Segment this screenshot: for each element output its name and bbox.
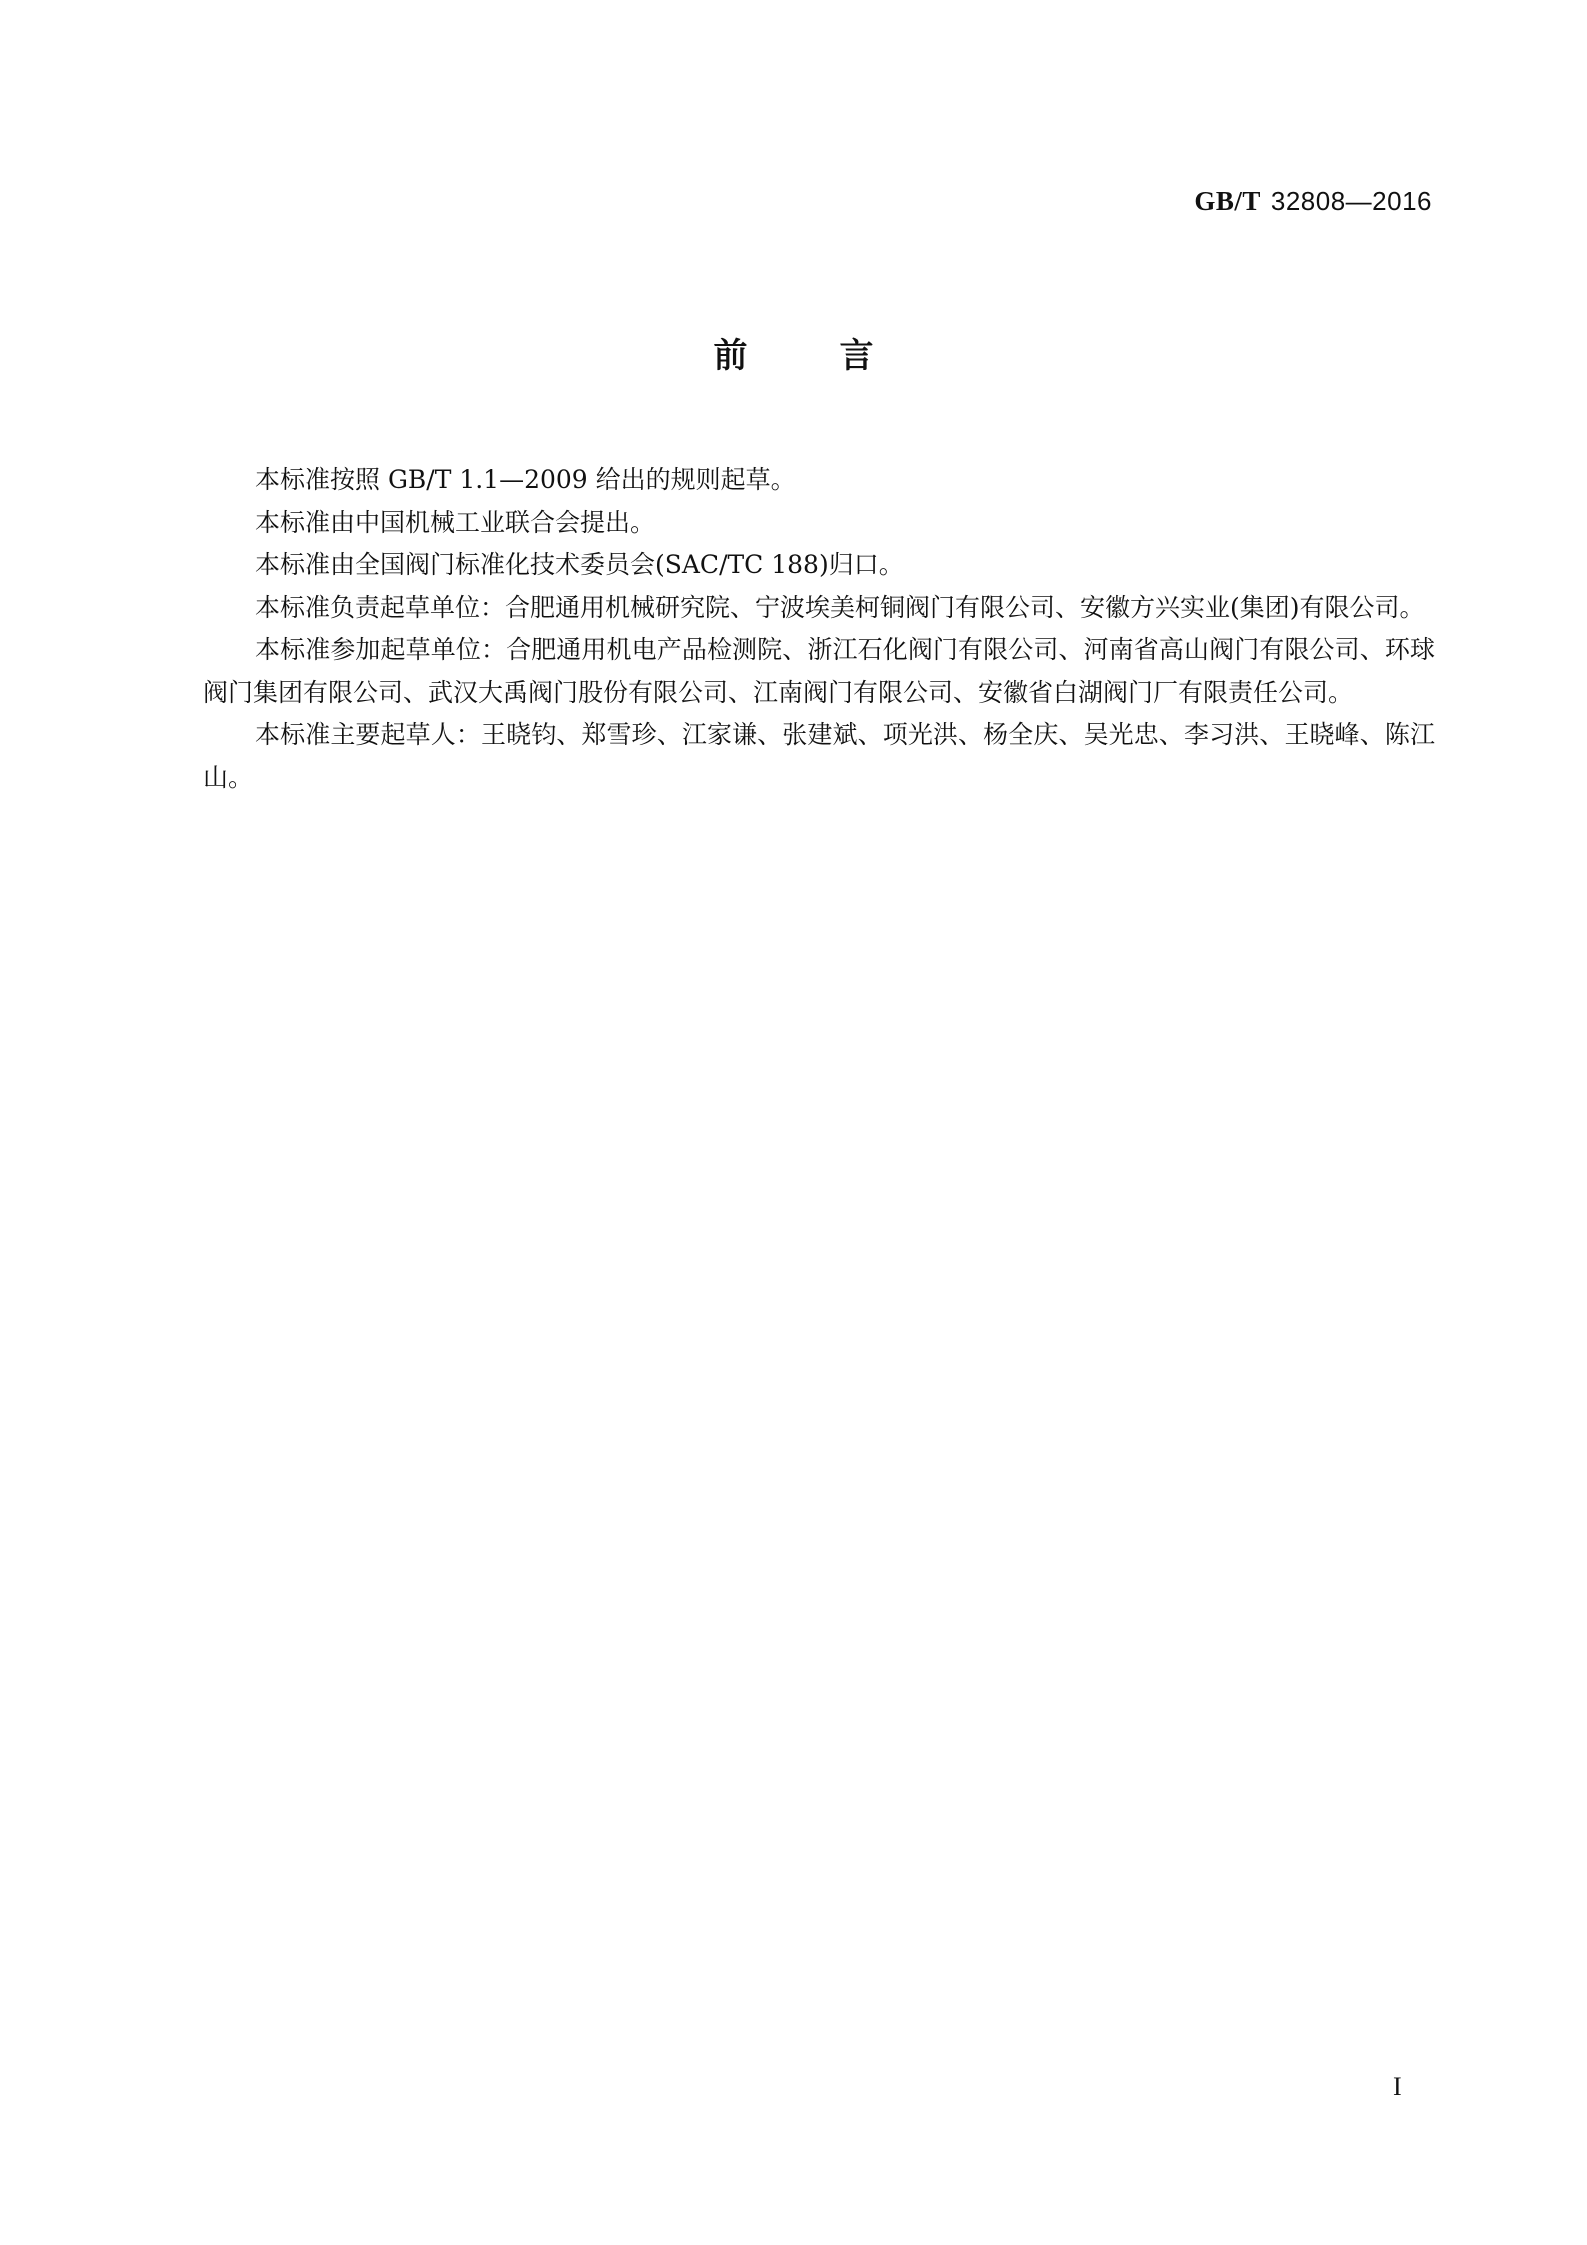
standard-code: GB/T32808—2016: [1194, 186, 1432, 217]
paragraph-proposer: 本标准由中国机械工业联合会提出。: [203, 502, 1435, 545]
standard-code-prefix: GB/T: [1194, 186, 1261, 216]
paragraph-lead-drafting-units: 本标准负责起草单位：合肥通用机械研究院、宁波埃美柯铜阀门有限公司、安徽方兴实业(…: [203, 587, 1435, 630]
paragraph-participating-drafting-units: 本标准参加起草单位：合肥通用机电产品检测院、浙江石化阀门有限公司、河南省高山阀门…: [203, 629, 1435, 714]
page-title-char-1: 前: [714, 336, 748, 376]
paragraph-main-drafters: 本标准主要起草人：王晓钧、郑雪珍、江家谦、张建斌、项光洪、杨全庆、吴光忠、李习洪…: [203, 714, 1435, 799]
foreword-body: 本标准按照 GB/T 1.1—2009 给出的规则起草。 本标准由中国机械工业联…: [203, 459, 1435, 799]
paragraph-drafting-rules: 本标准按照 GB/T 1.1—2009 给出的规则起草。: [203, 459, 1435, 502]
standard-code-number: 32808—2016: [1271, 186, 1432, 216]
page-title: 前言: [0, 328, 1587, 377]
page-title-char-2: 言: [840, 336, 874, 376]
page-number: I: [1393, 2072, 1402, 2102]
paragraph-technical-committee: 本标准由全国阀门标准化技术委员会(SAC/TC 188)归口。: [203, 544, 1435, 587]
